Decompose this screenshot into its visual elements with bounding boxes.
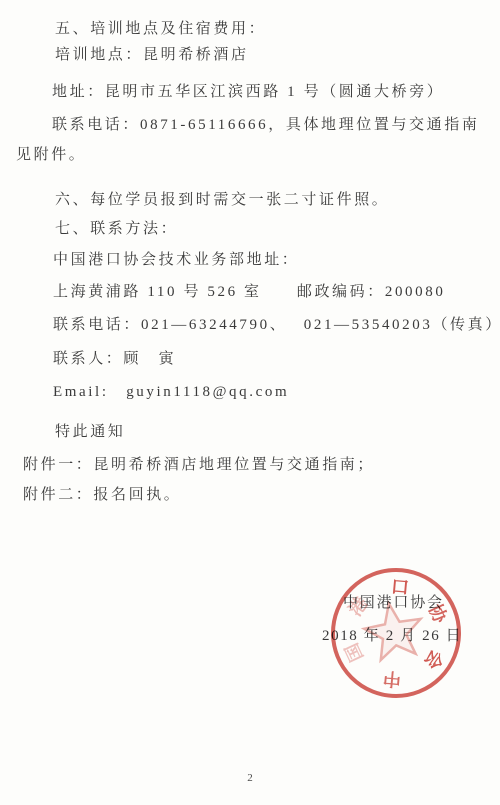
page-number: 2	[0, 772, 500, 784]
seal-char: 中	[382, 668, 402, 690]
seal-char: 国	[341, 640, 367, 665]
line-contact-person: 联系人：顾 寅	[53, 351, 176, 367]
line-section6: 六、每位学员报到时需交一张二寸证件照。	[55, 192, 389, 208]
line-training-venue: 培训地点：昆明希桥酒店	[55, 47, 249, 63]
seal-star-icon	[364, 604, 420, 661]
seal-char: 会	[420, 646, 448, 673]
line-venue-address: 地址：昆明市五华区江滨西路 1 号（圆通大桥旁）	[52, 84, 444, 100]
scanned-notice-page: 五、培训地点及住宿费用： 培训地点：昆明希桥酒店 地址：昆明市五华区江滨西路 1…	[0, 0, 500, 805]
line-section7-heading: 七、联系方法：	[55, 221, 178, 237]
line-dept-address-label: 中国港口协会技术业务部地址：	[53, 252, 299, 268]
line-attachment1: 附件一：昆明希桥酒店地理位置与交通指南；	[23, 457, 375, 473]
seal-char: 港	[344, 593, 372, 620]
official-seal-stamp-icon: 口 协 会 中 国 港	[326, 563, 466, 703]
line-contact-email: Email: guyin1118@qq.com	[53, 384, 289, 400]
line-dept-address-postal: 上海黄浦路 110 号 526 室 邮政编码：200080	[53, 284, 445, 300]
seal-char: 口	[390, 576, 410, 597]
line-contact-phones: 联系电话：021—63244790、 021—53540203（传真）	[53, 317, 500, 333]
line-attachment2: 附件二：报名回执。	[23, 487, 181, 503]
seal-char: 协	[425, 601, 452, 627]
line-section5-heading: 五、培训地点及住宿费用：	[55, 21, 266, 37]
line-closing-statement: 特此通知	[55, 424, 125, 440]
line-venue-phone-cont: 见附件。	[16, 147, 86, 163]
line-venue-phone: 联系电话：0871-65116666，具体地理位置与交通指南	[52, 117, 479, 133]
